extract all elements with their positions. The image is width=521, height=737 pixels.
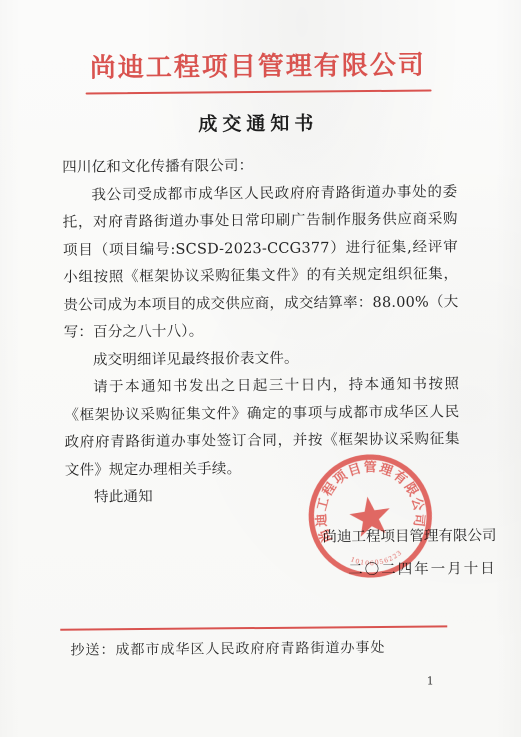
cc-recipient-line: 抄送：成都市成华区人民政府府青路街道办事处 [70,637,385,660]
footer-divider [60,625,447,630]
letterhead-company-name: 尚迪工程项目管理有限公司 [0,48,519,87]
body-paragraph: 我公司受成都市成华区人民政府府青路街道办事处的委托，对府青路街道办事处日常印刷广… [62,179,458,347]
signature-company-name: 尚迪工程项目管理有限公司 [1,525,496,549]
body-paragraph: 请于本通知书发出之日起三十日内，持本通知书按照《框架协议采购征集文件》确定的事项… [64,371,460,484]
document-body: 四川亿和文化传播有限公司： 我公司受成都市成华区人民政府府青路街道办事处的委托，… [62,151,460,512]
letterhead-divider [85,90,431,95]
signature-block: 尚迪工程项目管理有限公司 二〇二四年一月十日 [1,525,521,583]
body-paragraph: 成交明细详见最终报价表文件。 [64,344,459,375]
closing-line: 特此通知 [65,481,460,512]
salutation: 四川亿和文化传播有限公司： [62,151,457,182]
page-content: 尚迪工程项目管理有限公司 成交通知书 四川亿和文化传播有限公司： 我公司受成都市… [0,0,521,737]
document-title: 成交通知书 [0,108,519,141]
scanned-notice-page: 尚迪工程项目管理有限公司 成交通知书 四川亿和文化传播有限公司： 我公司受成都市… [0,0,521,737]
signature-date: 二〇二四年一月十日 [2,558,497,582]
page-number: 1 [427,675,434,688]
